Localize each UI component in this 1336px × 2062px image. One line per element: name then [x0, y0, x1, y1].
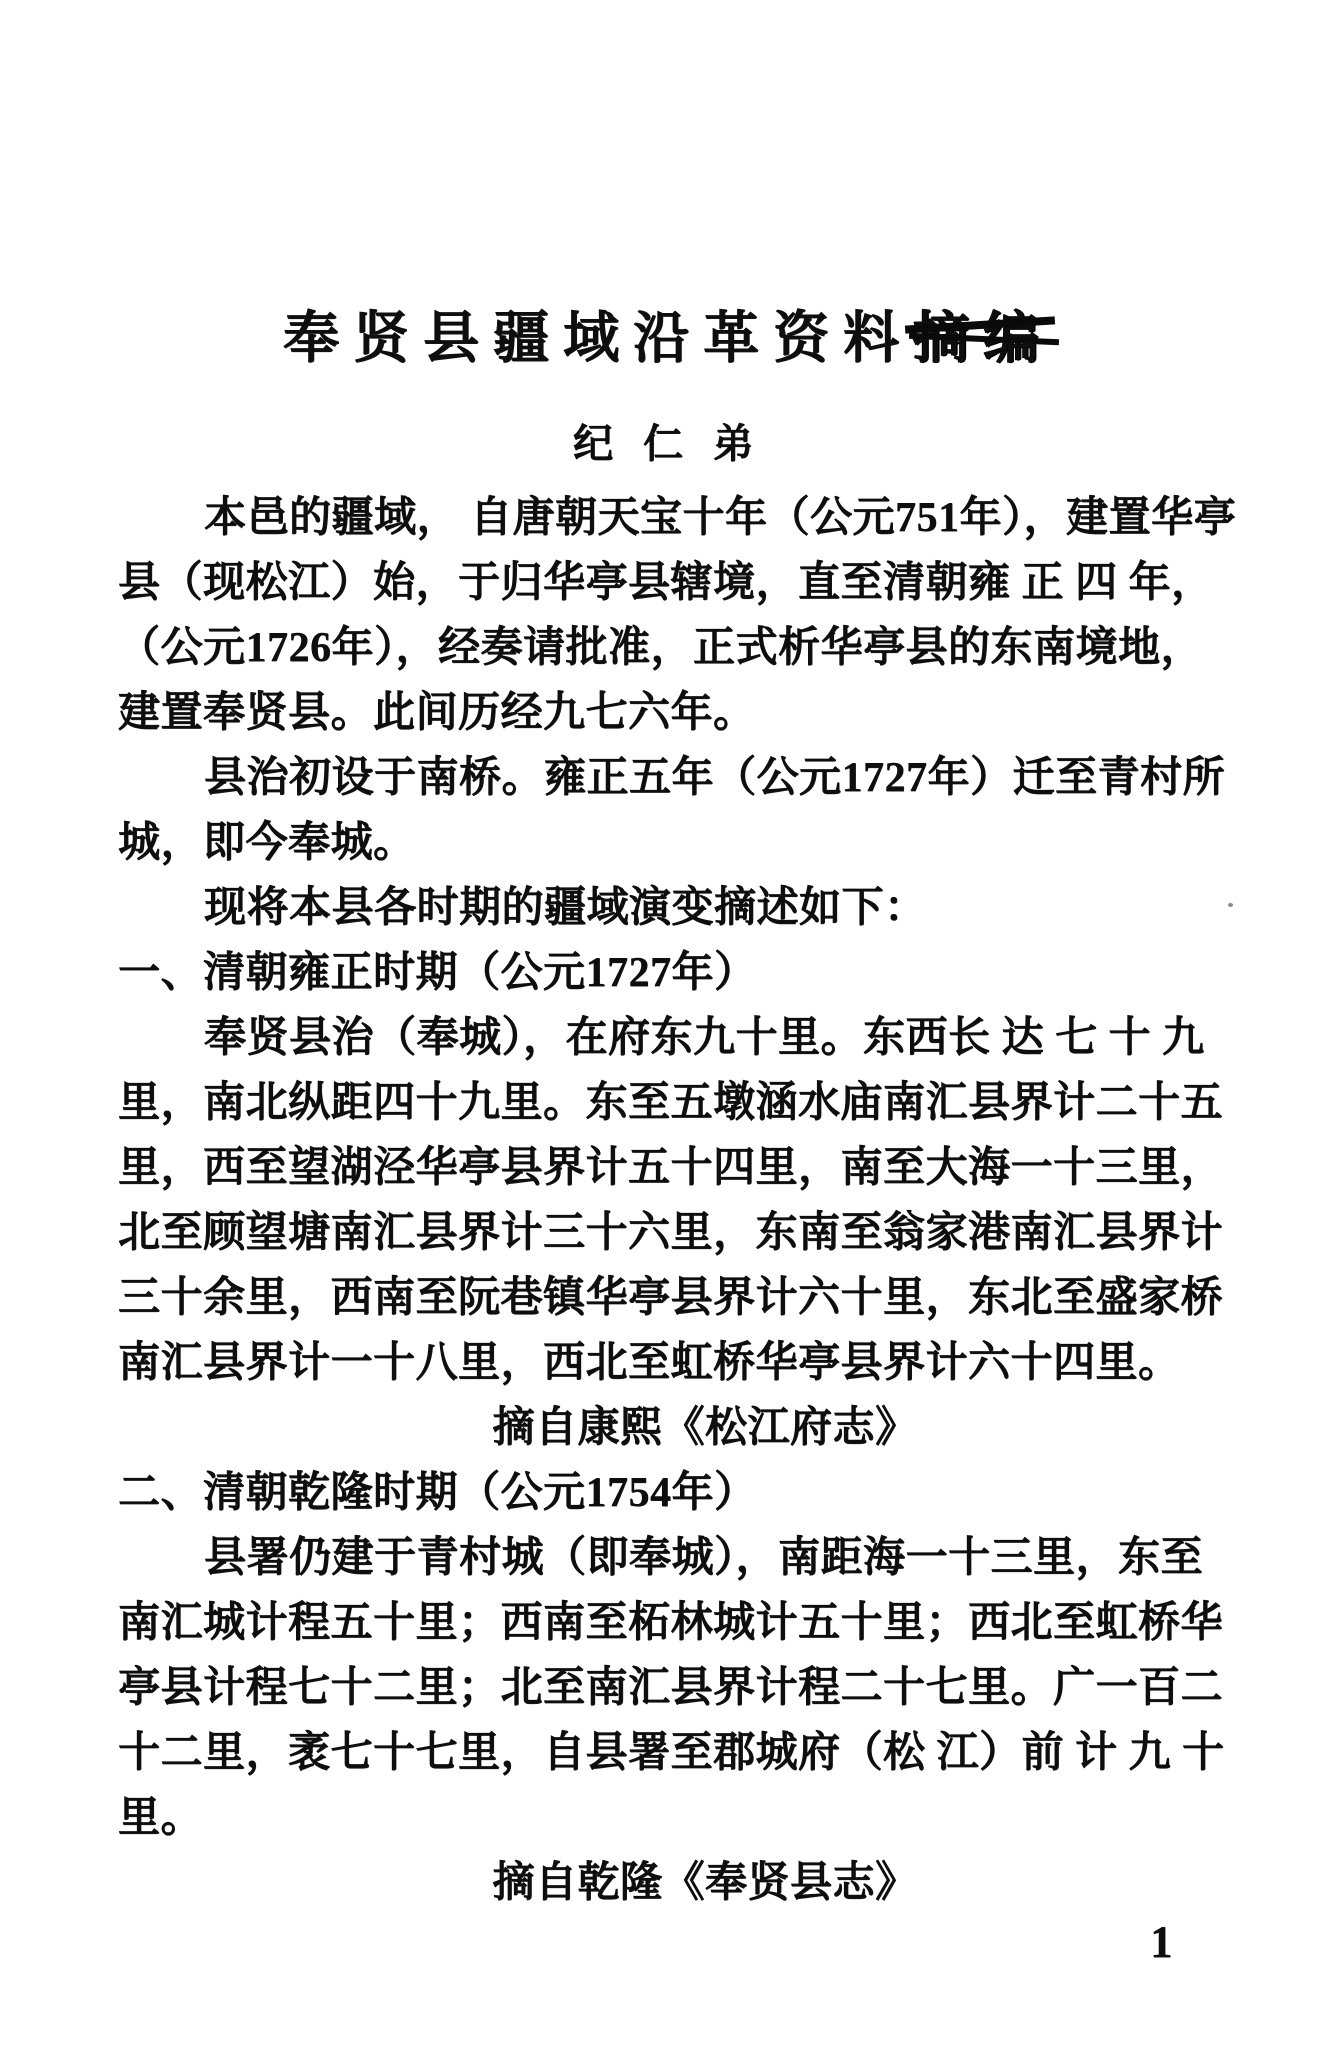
source-citation: 摘自康熙《松江府志》 [118, 1396, 1222, 1461]
scan-speck [1228, 903, 1233, 907]
text-line: 建置奉贤县。此间历经九七六年。 [118, 681, 1222, 746]
text-line: 县（现松江）始，于归华亭县辖境，直至清朝雍 正 四 年， [118, 551, 1222, 616]
page-title-main: 奉贤县疆域沿革资料 [283, 308, 913, 370]
text-line: 里，南北纵距四十九里。东至五墩涵水庙南汇县界计二十五 [118, 1071, 1222, 1136]
body-text: 本邑的疆域， 自唐朝天宝十年（公元751年），建置华亭 县（现松江）始，于归华亭… [118, 486, 1222, 1916]
text-line: 现将本县各时期的疆域演变摘述如下： [118, 876, 1222, 941]
page-number: 1 [1150, 1916, 1173, 1968]
text-line: 南汇县界计一十八里，西北至虹桥华亭县界计六十四里。 [118, 1331, 1222, 1396]
section-heading: 二、清朝乾隆时期（公元1754年） [118, 1461, 1222, 1526]
text-line: 三十余里，西南至阮巷镇华亭县界计六十里，东北至盛家桥 [118, 1266, 1222, 1331]
text-line: 奉贤县治（奉城），在府东九十里。东西长 达 七 十 九 [118, 1006, 1222, 1071]
author-name: 纪 仁 弟 [0, 412, 1336, 469]
text-line: 本邑的疆域， 自唐朝天宝十年（公元751年），建置华亭 [118, 486, 1222, 551]
page-title-smeared: 摘编 [913, 294, 1053, 374]
section-heading: 一、清朝雍正时期（公元1727年） [118, 941, 1222, 1006]
text-line: 里。 [118, 1786, 1222, 1851]
text-line: 亭县计程七十二里；北至南汇县界计程二十七里。广一百二 [118, 1656, 1222, 1721]
text-line: 城，即今奉城。 [118, 811, 1222, 876]
text-line: 里，西至望湖泾华亭县界计五十四里，南至大海一十三里， [118, 1136, 1222, 1201]
text-line: 县署仍建于青村城（即奉城），南距海一十三里，东至 [118, 1526, 1222, 1591]
text-line: 县治初设于南桥。雍正五年（公元1727年）迁至青村所 [118, 746, 1222, 811]
text-line: 南汇城计程五十里；西南至柘林城计五十里；西北至虹桥华 [118, 1591, 1222, 1656]
source-citation: 摘自乾隆《奉贤县志》 [118, 1851, 1222, 1916]
text-line: 北至顾望塘南汇县界计三十六里，东南至翁家港南汇县界计 [118, 1201, 1222, 1266]
text-line: 十二里，袤七十七里，自县署至郡城府（松 江）前 计 九 十 [118, 1721, 1222, 1786]
page-title: 奉贤县疆域沿革资料摘编 [0, 294, 1336, 374]
document-page: 奉贤县疆域沿革资料摘编 纪 仁 弟 本邑的疆域， 自唐朝天宝十年（公元751年）… [0, 0, 1336, 2062]
text-line: （公元1726年），经奏请批准，正式析华亭县的东南境地， [118, 616, 1222, 681]
